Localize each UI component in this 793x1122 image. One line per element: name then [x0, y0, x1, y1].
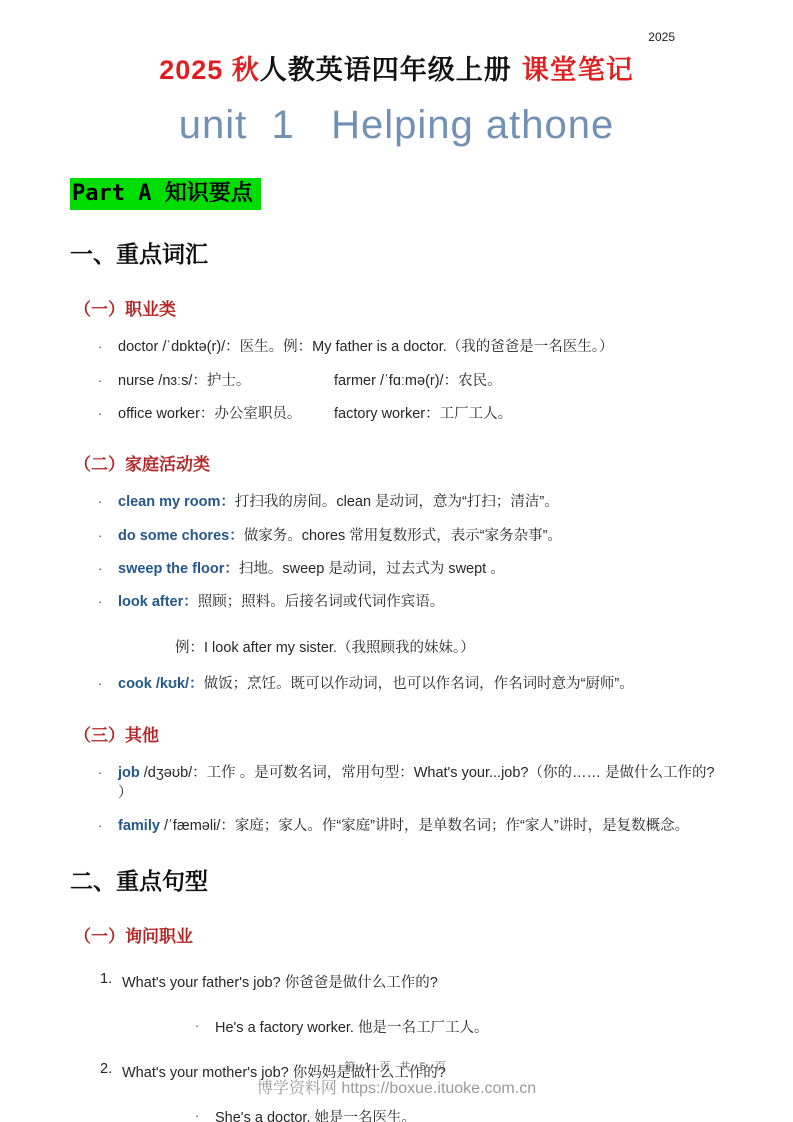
vocab-desc: 做饭；烹饪。既可以作动词，也可以作名词，作名词时意为“厨师”。	[204, 676, 634, 692]
section-head-occupations: （一）职业类	[74, 295, 793, 320]
vocab-text-nurse: nurse /nɜːs/：护士。	[118, 371, 330, 391]
bullet-dot-icon: ·	[98, 766, 102, 779]
vocab-text-farmer: farmer /ˈfɑːmə(r)/：农民。	[334, 373, 502, 389]
page-number: 第 1 页 共 5 页	[0, 1058, 793, 1074]
vocab-desc: 打扫我的房间。clean 是动词，意为“打扫；清洁”。	[235, 494, 559, 510]
heading-sentence-patterns: 二、重点句型	[70, 863, 793, 896]
answer-text: She's a doctor. 她是一名医生。	[215, 1110, 416, 1122]
bullet-dot-icon: ·	[98, 374, 102, 387]
question-text: What's your father's job? 你爸爸是做什么工作的?	[122, 975, 438, 991]
list-number: 1.	[100, 971, 112, 987]
document-page: 2025 2025 秋人教英语四年级上册课堂笔记 unit 1 Helping …	[0, 0, 793, 1122]
vocab-text-factory-worker: factory worker：工厂工人。	[334, 406, 512, 422]
vocab-term: look after：	[118, 594, 198, 610]
vocab-item-clean-my-room: · clean my room：打扫我的房间。clean 是动词，意为“打扫；清…	[70, 492, 723, 512]
vocab-term: cook /kʊk/：	[118, 676, 204, 692]
vocab-term: sweep the floor：	[118, 561, 239, 577]
bullet-dot-icon: ·	[98, 529, 102, 542]
vocab-item-workers: · office worker：办公室职员。 factory worker：工厂…	[70, 404, 723, 424]
vocab-item-family: · family /ˈfæməli/：家庭；家人。作“家庭”讲时，是单数名词；作…	[70, 816, 723, 836]
section-head-asking-jobs: （一）询问职业	[74, 922, 793, 947]
answer-text: He's a factory worker. 他是一名工厂工人。	[215, 1020, 488, 1036]
bullet-dot-icon: ·	[98, 340, 102, 353]
corner-year: 2025	[648, 30, 675, 44]
vocab-item-nurse-farmer: · nurse /nɜːs/：护士。 farmer /ˈfɑːmə(r)/：农民…	[70, 371, 723, 391]
example-sentence: 例：I look after my sister.（我照顾我的妹妹。）	[175, 636, 723, 657]
bullet-dot-icon: ·	[98, 819, 102, 832]
vocab-desc: 照顾；照料。后接名词或代词作宾语。	[198, 594, 445, 610]
vocab-term: family	[118, 818, 160, 834]
bullet-dot-icon: ·	[98, 495, 102, 508]
vocab-term: job	[118, 765, 140, 781]
vocab-item-cook: · cook /kʊk/：做饭；烹饪。既可以作动词，也可以作名词，作名词时意为“…	[70, 674, 723, 694]
vocab-term: clean my room：	[118, 494, 235, 510]
footer-site-url: 博学资料网 https://boxue.ituoke.com.cn	[0, 1075, 793, 1098]
bullet-dot-icon: ·	[98, 562, 102, 575]
section-head-others: （三）其他	[74, 721, 793, 746]
sentence-answer-2: · She's a doctor. 她是一名医生。	[70, 1106, 723, 1122]
vocab-desc: 做家务。chores 常用复数形式，表示“家务杂事”。	[244, 528, 562, 544]
page-footer: 第 1 页 共 5 页 博学资料网 https://boxue.ituoke.c…	[0, 1058, 793, 1098]
vocab-text-office-worker: office worker：办公室职员。	[118, 404, 330, 424]
vocab-item-doctor: · doctor /ˈdɒktə(r)/：医生。例：My father is a…	[70, 337, 723, 357]
vocab-item-do-some-chores: · do some chores：做家务。chores 常用复数形式，表示“家务…	[70, 526, 723, 546]
part-a-highlight-badge: Part A 知识要点	[70, 178, 261, 210]
vocab-item-look-after: · look after：照顾；照料。后接名词或代词作宾语。	[70, 592, 723, 612]
sentence-question-1: 1. What's your father's job? 你爸爸是做什么工作的?	[70, 971, 723, 992]
bullet-dot-icon: ·	[98, 595, 102, 608]
vocab-term: do some chores：	[118, 528, 244, 544]
bullet-dot-icon: ·	[195, 1019, 199, 1032]
bullet-dot-icon: ·	[98, 407, 102, 420]
title-segment-red1: 2025 秋	[159, 55, 260, 85]
section-head-home-activities: （二）家庭活动类	[74, 450, 793, 475]
vocab-desc: 扫地。sweep 是动词，过去式为 swept 。	[239, 561, 505, 577]
bullet-dot-icon: ·	[98, 677, 102, 690]
vocab-text: doctor /ˈdɒktə(r)/：医生。例：My father is a d…	[118, 339, 614, 355]
vocab-desc: /ˈfæməli/：家庭；家人。作“家庭”讲时，是单数名词；作“家人”讲时，是复…	[160, 818, 689, 834]
sentence-answer-1: · He's a factory worker. 他是一名工厂工人。	[70, 1016, 723, 1037]
bullet-dot-icon: ·	[195, 1109, 199, 1122]
vocab-item-job: · job /dʒəʊb/：工作 。是可数名词，常用句型：What's your…	[70, 763, 723, 804]
title-segment-red2: 课堂笔记	[522, 55, 634, 85]
unit-title: unit 1 Helping athone	[0, 103, 793, 148]
vocab-desc: /dʒəʊb/：工作 。是可数名词，常用句型：What's your...job…	[118, 765, 715, 801]
heading-vocabulary: 一、重点词汇	[70, 236, 793, 269]
title-segment-black: 人教英语四年级上册	[260, 55, 512, 85]
vocab-item-sweep-the-floor: · sweep the floor：扫地。sweep 是动词，过去式为 swep…	[70, 559, 723, 579]
